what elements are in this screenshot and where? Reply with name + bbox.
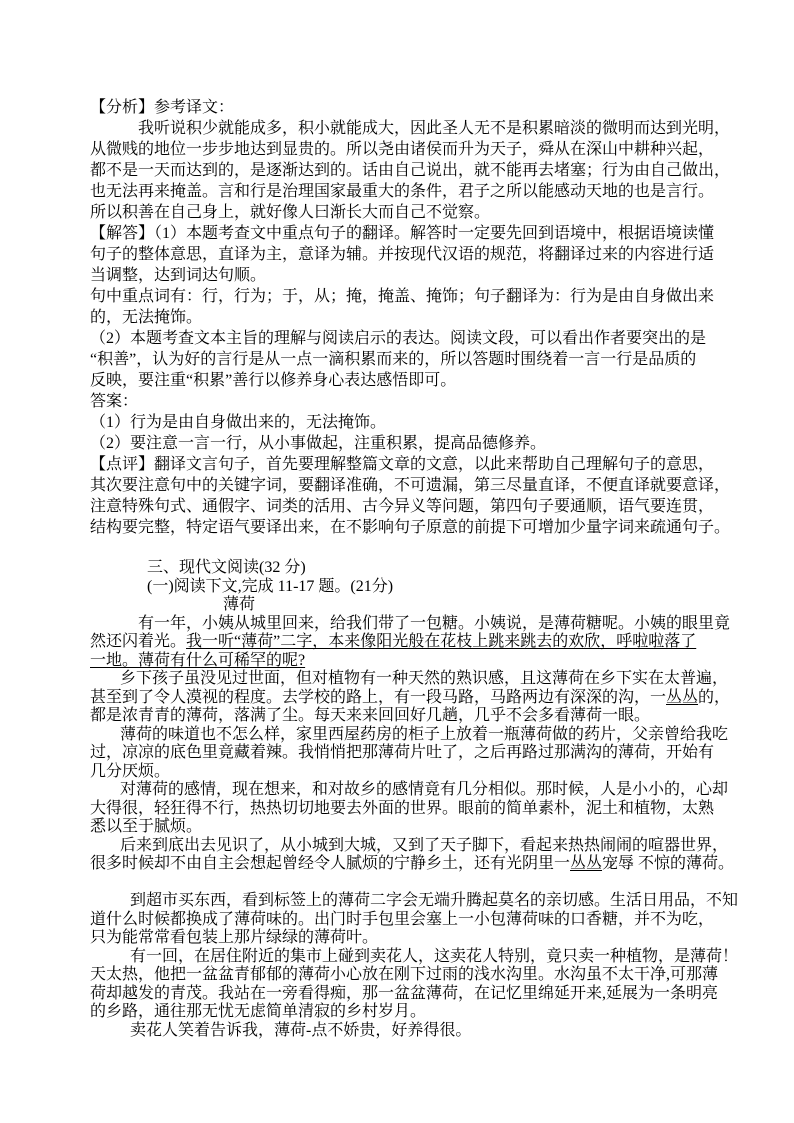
text-line: 乡下孩子虽没见过世面，但对植物有一种天然的熟识感，且这薄荷在乡下实在太普遍， [90, 670, 716, 689]
text-line: 对薄荷的感情，现在想来，和对故乡的感情竟有几分相似。那时候，人是小小的，心却 [90, 781, 716, 800]
text-line: “积善”，认为好的言行是从一点一滴积累而来的，所以答题时围绕着一言一行是品质的 [90, 349, 716, 370]
text-segment: 反映，要注重“积累”善行以修养身心表达感悟即可。 [90, 372, 456, 389]
text-line: 过，凉凉的底色里竟藏着辣。我悄悄把那薄荷片吐了，之后再路过那满沟的薄荷，开始有 [90, 744, 716, 763]
text-segment: 大得很，轻狂得不行，热热切切地要去外面的世界。眼前的简单素朴，泥土和植物，太熟 [90, 800, 714, 817]
text-line: 的，无法掩饰。 [90, 307, 716, 328]
text-line: 【点评】翻译文言句子，首先要理解整篇文章的文意，以此来帮助自己理解句子的意思， [90, 454, 716, 475]
text-line: 很多时候却不由自主会想起曾经令人腻烦的宁静乡土，还有光阴里一丛丛宠辱 不惊的薄荷… [90, 855, 716, 874]
text-segment: 甚至到了令人漠视的程度。去学校的路上，有一段马路，马路两边有深深的沟，一 [90, 689, 666, 706]
text-line: 也无法再来掩盖。言和行是治理国家最重大的条件，君子之所以能感动天地的也是言行。 [90, 181, 716, 202]
text-line: 反映，要注重“积累”善行以修养身心表达感悟即可。 [90, 370, 716, 391]
text-line: 一地。薄荷有什么可稀罕的呢? [90, 652, 716, 671]
text-line: 几分厌烦。 [90, 763, 716, 782]
text-line: 注意特殊句式、通假字、词类的活用、古今异义等问题，第四句子要通顺，语气要连贯， [90, 496, 716, 517]
text-line: 从微贱的地位一步步地达到显贵的。所以尧由诸侯而升为天子，舜从在深山中耕种兴起， [90, 139, 716, 160]
text-segment: 也无法再来掩盖。言和行是治理国家最重大的条件，君子之所以能感动天地的也是言行。 [90, 183, 714, 200]
text-line: 然还闪着光。我一听“薄荷”二字，本来像阳光般在花枝上跳来跳去的欢欣，呼啦啦落了 [90, 633, 716, 652]
text-line: 我听说积少就能成多，积小就能成大，因此圣人无不是积累暗淡的微明而达到光明， [90, 118, 716, 139]
text-segment: 薄荷 [223, 596, 255, 613]
blank-line [90, 874, 716, 893]
text-segment: 的， [698, 689, 730, 706]
text-segment: 卖花人笑着告诉我，薄荷-点不娇贵，好养得很。 [130, 1022, 471, 1039]
text-segment: 道什么时候都换成了薄荷味的。出门时手包里会塞上一小包薄荷味的口香糖，并不为吃， [90, 911, 714, 928]
text-segment: 句中重点词有：行，行为；于，从；掩，掩盖、掩饰；句子翻译为：行为是由自身做出来 [90, 288, 714, 305]
text-segment: (一)阅读下文,完成 11-17 题。(21分) [147, 578, 393, 595]
text-line: 有一年，小姨从城里回来，给我们带了一包糖。小姨说，是薄荷糖呢。小姨的眼里竟 [90, 615, 716, 634]
text-line: 有一回，在居住附近的集市上碰到卖花人，这卖花人特别，竟只卖一种植物，是薄荷！ [90, 948, 716, 967]
text-line: 句中重点词有：行，行为；于，从；掩，掩盖、掩饰；句子翻译为：行为是由自身做出来 [90, 286, 716, 307]
text-segment: 【点评】翻译文言句子，首先要理解整篇文章的文意，以此来帮助自己理解句子的意思， [90, 456, 714, 473]
text-line: 只为能常常看包装上那片绿绿的薄荷叶。 [90, 929, 716, 948]
essay-title: 薄荷 [90, 596, 716, 615]
text-segment: 都是浓青青的薄荷，落满了尘。每天来来回回好几趟，几乎不会多看薄荷一眼。 [90, 707, 650, 724]
document-page: 【分析】参考译文：我听说积少就能成多，积小就能成大，因此圣人无不是积累暗淡的微明… [0, 0, 794, 1123]
text-segment: （2）要注意一言一行，从小事做起，注重积累，提高品德修养。 [90, 435, 546, 452]
text-segment: 其次要注意句中的关键字词，要翻译准确，不可遗漏，第三尽量直译，不便直译就要意译， [90, 477, 730, 494]
text-segment: 答案： [90, 393, 138, 410]
text-line: （2）要注意一言一行，从小事做起，注重积累，提高品德修养。 [90, 433, 716, 454]
text-segment: 句子的整体意思，直译为主，意译为辅。并按现代汉语的规范，将翻译过来的内容进行适 [90, 246, 714, 263]
text-line: 所以积善在自己身上，就好像人曰渐长大而自己不觉察。 [90, 202, 716, 223]
text-segment: 后来到底出去见识了，从小城到大城，又到了天子脚下，看起来热热闹闹的喧器世界， [120, 837, 728, 854]
text-segment: 有一年，小姨从城里回来，给我们带了一包糖。小姨说，是薄荷糖呢。小姨的眼里竟 [138, 615, 730, 632]
text-line: （1）行为是由自身做出来的，无法掩饰。 [90, 412, 716, 433]
text-segment: 的乡路，通往那无忧无虑简单清寂的乡村岁月。 [90, 1003, 426, 1020]
text-segment: 有一回，在居住附近的集市上碰到卖花人，这卖花人特别，竟只卖一种植物，是薄荷！ [130, 948, 738, 965]
text-segment: 乡下孩子虽没见过世面，但对植物有一种天然的熟识感，且这薄荷在乡下实在太普遍， [120, 670, 728, 687]
text-line: （2）本题考查文本主旨的理解与阅读启示的表达。阅读文段，可以看出作者要突出的是 [90, 328, 716, 349]
text-segment: 【分析】参考译文： [90, 99, 234, 116]
text-line: 悉以至于腻烦。 [90, 818, 716, 837]
text-line: 都是浓青青的薄荷，落满了尘。每天来来回回好几趟，几乎不会多看薄荷一眼。 [90, 707, 716, 726]
text-line: 大得很，轻狂得不行，热热切切地要去外面的世界。眼前的简单素朴，泥土和植物，太熟 [90, 800, 716, 819]
text-segment: 到超市买东西，看到标签上的薄荷二字会无端升腾起莫名的亲切感。生活日用品，不知 [130, 892, 738, 909]
text-segment: 对薄荷的感情，现在想来，和对故乡的感情竟有几分相似。那时候，人是小小的，心却 [120, 781, 728, 798]
text-segment: 我听说积少就能成多，积小就能成大，因此圣人无不是积累暗淡的微明而达到光明， [138, 120, 730, 137]
text-segment: 都不是一天而达到的，是逐渐达到的。话由自己说出，就不能再去堵塞；行为由自己做出， [90, 162, 730, 179]
text-line: 卖花人笑着告诉我，薄荷-点不娇贵，好养得很。 [90, 1022, 716, 1041]
text-segment: （1）行为是由自身做出来的，无法掩饰。 [90, 414, 386, 431]
text-line: 结构要完整，特定语气要译出来，在不影响句子原意的前提下可增加少量字词来疏通句子。 [90, 517, 716, 538]
subsection-heading: (一)阅读下文,完成 11-17 题。(21分) [90, 578, 716, 597]
text-segment: 所以积善在自己身上，就好像人曰渐长大而自己不觉察。 [90, 204, 490, 221]
text-segment: 几分厌烦。 [90, 763, 170, 780]
text-segment: 荷却越发的青茂。我站在一旁看得痴，那一盆盆薄荷，在记忆里绵延开来,延展为一条明亮 [90, 985, 718, 1002]
text-segment: 宠辱 不惊的薄荷。 [602, 855, 734, 872]
underlined-passage: 丛丛 [570, 855, 602, 872]
text-segment: 的，无法掩饰。 [90, 309, 202, 326]
text-segment: “积善”，认为好的言行是从一点一滴积累而来的，所以答题时围绕着一言一行是品质的 [90, 351, 696, 368]
text-line: 到超市买东西，看到标签上的薄荷二字会无端升腾起莫名的亲切感。生活日用品，不知 [90, 892, 716, 911]
text-line: 道什么时候都换成了薄荷味的。出门时手包里会塞上一小包薄荷味的口香糖，并不为吃， [90, 911, 716, 930]
text-segment: 结构要完整，特定语气要译出来，在不影响句子原意的前提下可增加少量字词来疏通句子。 [90, 519, 730, 536]
underlined-passage: 我一听“薄荷”二字，本来像阳光般在花枝上跳来跳去的欢欣，呼啦啦落了 [186, 633, 696, 650]
text-line: 甚至到了令人漠视的程度。去学校的路上，有一段马路，马路两边有深深的沟，一丛丛的， [90, 689, 716, 708]
text-segment: 注意特殊句式、通假字、词类的活用、古今异义等问题，第四句子要通顺，语气要连贯， [90, 498, 714, 515]
text-line: 荷却越发的青茂。我站在一旁看得痴，那一盆盆薄荷，在记忆里绵延开来,延展为一条明亮 [90, 985, 716, 1004]
text-line: 后来到底出去见识了，从小城到大城，又到了天子脚下，看起来热热闹闹的喧器世界， [90, 837, 716, 856]
text-line: 句子的整体意思，直译为主，意译为辅。并按现代汉语的规范，将翻译过来的内容进行适 [90, 244, 716, 265]
text-segment: 三、现代文阅读(32 分) [147, 559, 306, 576]
text-segment: 然还闪着光。 [90, 633, 186, 650]
underlined-passage: 一地。薄荷有什么可稀罕的呢? [90, 652, 305, 669]
text-segment: （2）本题考查文本主旨的理解与阅读启示的表达。阅读文段，可以看出作者要突出的是 [90, 330, 706, 347]
text-segment: 天太热，他把一盆盆青郁郁的薄荷小心放在刚下过雨的浅水沟里。水沟虽不太干净,可那薄 [90, 966, 718, 983]
text-line: 【分析】参考译文： [90, 97, 716, 118]
text-line: 答案： [90, 391, 716, 412]
underlined-passage: 丛丛 [666, 689, 698, 706]
blank-line [90, 538, 716, 559]
text-line: 当调整，达到词达句顺。 [90, 265, 716, 286]
text-segment: 很多时候却不由自主会想起曾经令人腻烦的宁静乡土，还有光阴里一 [90, 855, 570, 872]
text-line: 【解答】（1）本题考查文中重点句子的翻译。解答时一定要先回到语境中，根据语境读懂 [90, 223, 716, 244]
text-line: 都不是一天而达到的，是逐渐达到的。话由自己说出，就不能再去堵塞；行为由自己做出， [90, 160, 716, 181]
text-segment: 【解答】（1）本题考查文中重点句子的翻译。解答时一定要先回到语境中，根据语境读懂 [90, 225, 714, 242]
text-segment: 过，凉凉的底色里竟藏着辣。我悄悄把那薄荷片吐了，之后再路过那满沟的薄荷，开始有 [90, 744, 714, 761]
text-line: 的乡路，通往那无忧无虑简单清寂的乡村岁月。 [90, 1003, 716, 1022]
text-column: 【分析】参考译文：我听说积少就能成多，积小就能成大，因此圣人无不是积累暗淡的微明… [90, 97, 716, 1040]
text-segment: 从微贱的地位一步步地达到显贵的。所以尧由诸侯而升为天子，舜从在深山中耕种兴起， [90, 141, 714, 158]
text-segment: 当调整，达到词达句顺。 [90, 267, 266, 284]
text-line: 薄荷的味道也不怎么样，家里西屋药房的柜子上放着一瓶薄荷做的药片，父亲曾给我吃 [90, 726, 716, 745]
modern-reading-section: 三、现代文阅读(32 分)(一)阅读下文,完成 11-17 题。(21分)薄荷有… [90, 559, 716, 1040]
section-heading: 三、现代文阅读(32 分) [90, 559, 716, 578]
text-segment: 薄荷的味道也不怎么样，家里西屋药房的柜子上放着一瓶薄荷做的药片，父亲曾给我吃 [120, 726, 728, 743]
text-line: 其次要注意句中的关键字词，要翻译准确，不可遗漏，第三尽量直译，不便直译就要意译， [90, 475, 716, 496]
text-line: 天太热，他把一盆盆青郁郁的薄荷小心放在刚下过雨的浅水沟里。水沟虽不太干净,可那薄 [90, 966, 716, 985]
text-segment: 只为能常常看包装上那片绿绿的薄荷叶。 [90, 929, 378, 946]
analysis-answer-section: 【分析】参考译文：我听说积少就能成多，积小就能成大，因此圣人无不是积累暗淡的微明… [90, 97, 716, 559]
text-segment: 悉以至于腻烦。 [90, 818, 202, 835]
